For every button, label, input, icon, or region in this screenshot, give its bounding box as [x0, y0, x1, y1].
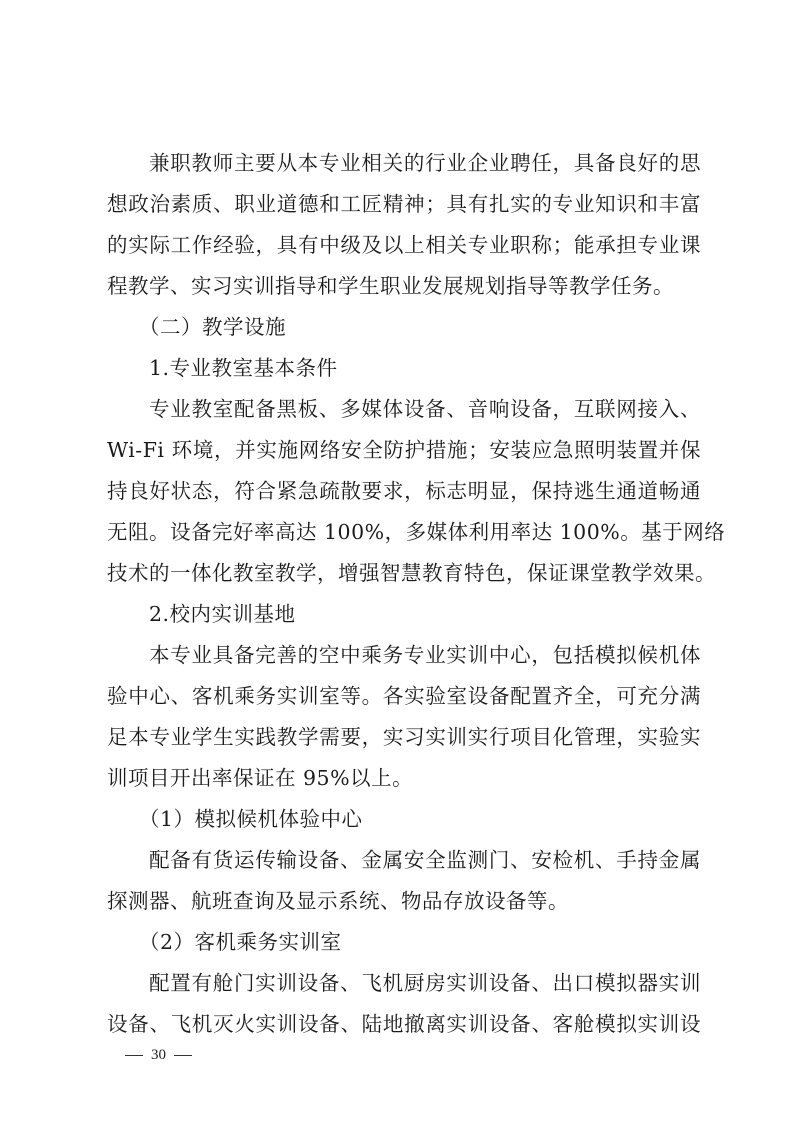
text-line: 探测器、航班查询及显示系统、物品存放设备等。	[107, 881, 701, 922]
paragraph-part-time-teachers: 兼职教师主要从本专业相关的行业企业聘任，具备良好的思 想政治素质、职业道德和工匠…	[107, 143, 701, 307]
subheading-cabin-training-room: （2）客机乘务实训室	[107, 922, 701, 963]
text-line: 设备、飞机灭火实训设备、陆地撤离实训设备、客舱模拟实训设	[107, 1004, 701, 1045]
text-line: Wi-Fi 环境，并实施网络安全防护措施；安装应急照明装置并保	[107, 430, 701, 471]
page-number: 30	[151, 1047, 166, 1063]
text-line: 本专业具备完善的空中乘务专业实训中心，包括模拟候机体	[107, 635, 701, 676]
text-line: 的实际工作经验，具有中级及以上相关专业职称；能承担专业课	[107, 225, 701, 266]
paragraph-cabin-training-room: 配置有舱门实训设备、飞机厨房实训设备、出口模拟器实训 设备、飞机灭火实训设备、陆…	[107, 963, 701, 1045]
text-line: 配置有舱门实训设备、飞机厨房实训设备、出口模拟器实训	[107, 963, 701, 1004]
text-line: 足本专业学生实践教学需要，实习实训实行项目化管理，实验实	[107, 717, 701, 758]
subheading-waiting-center: （1）模拟候机体验中心	[107, 799, 701, 840]
paragraph-classroom: 专业教室配备黑板、多媒体设备、音响设备，互联网接入、 Wi-Fi 环境，并实施网…	[107, 389, 701, 594]
paragraph-waiting-center: 配备有货运传输设备、金属安全监测门、安检机、手持金属 探测器、航班查询及显示系统…	[107, 840, 701, 922]
text-line: 训项目开出率保证在 95%以上。	[107, 758, 701, 799]
text-line: 无阻。设备完好率高达 100%，多媒体利用率达 100%。基于网络	[107, 512, 701, 553]
document-page: 兼职教师主要从本专业相关的行业企业聘任，具备良好的思 想政治素质、职业道德和工匠…	[107, 143, 701, 1045]
page-footer: 30	[117, 1047, 200, 1064]
text-line: 想政治素质、职业道德和工匠精神；具有扎实的专业知识和丰富	[107, 184, 701, 225]
section-heading-teaching-facilities: （二）教学设施	[107, 307, 701, 348]
footer-dash-left	[125, 1055, 143, 1056]
text-line: 配备有货运传输设备、金属安全监测门、安检机、手持金属	[107, 840, 701, 881]
text-line: 持良好状态，符合紧急疏散要求，标志明显，保持逃生通道畅通	[107, 471, 701, 512]
subheading-training-base: 2.校内实训基地	[107, 594, 701, 635]
text-line: 兼职教师主要从本专业相关的行业企业聘任，具备良好的思	[107, 143, 701, 184]
text-line: 程教学、实习实训指导和学生职业发展规划指导等教学任务。	[107, 266, 701, 307]
text-line: 专业教室配备黑板、多媒体设备、音响设备，互联网接入、	[107, 389, 701, 430]
subheading-classroom-conditions: 1.专业教室基本条件	[107, 348, 701, 389]
text-line: 技术的一体化教室教学，增强智慧教育特色，保证课堂教学效果。	[107, 553, 701, 594]
paragraph-training-base: 本专业具备完善的空中乘务专业实训中心，包括模拟候机体 验中心、客机乘务实训室等。…	[107, 635, 701, 799]
text-line: 验中心、客机乘务实训室等。各实验室设备配置齐全，可充分满	[107, 676, 701, 717]
footer-dash-right	[174, 1055, 192, 1056]
